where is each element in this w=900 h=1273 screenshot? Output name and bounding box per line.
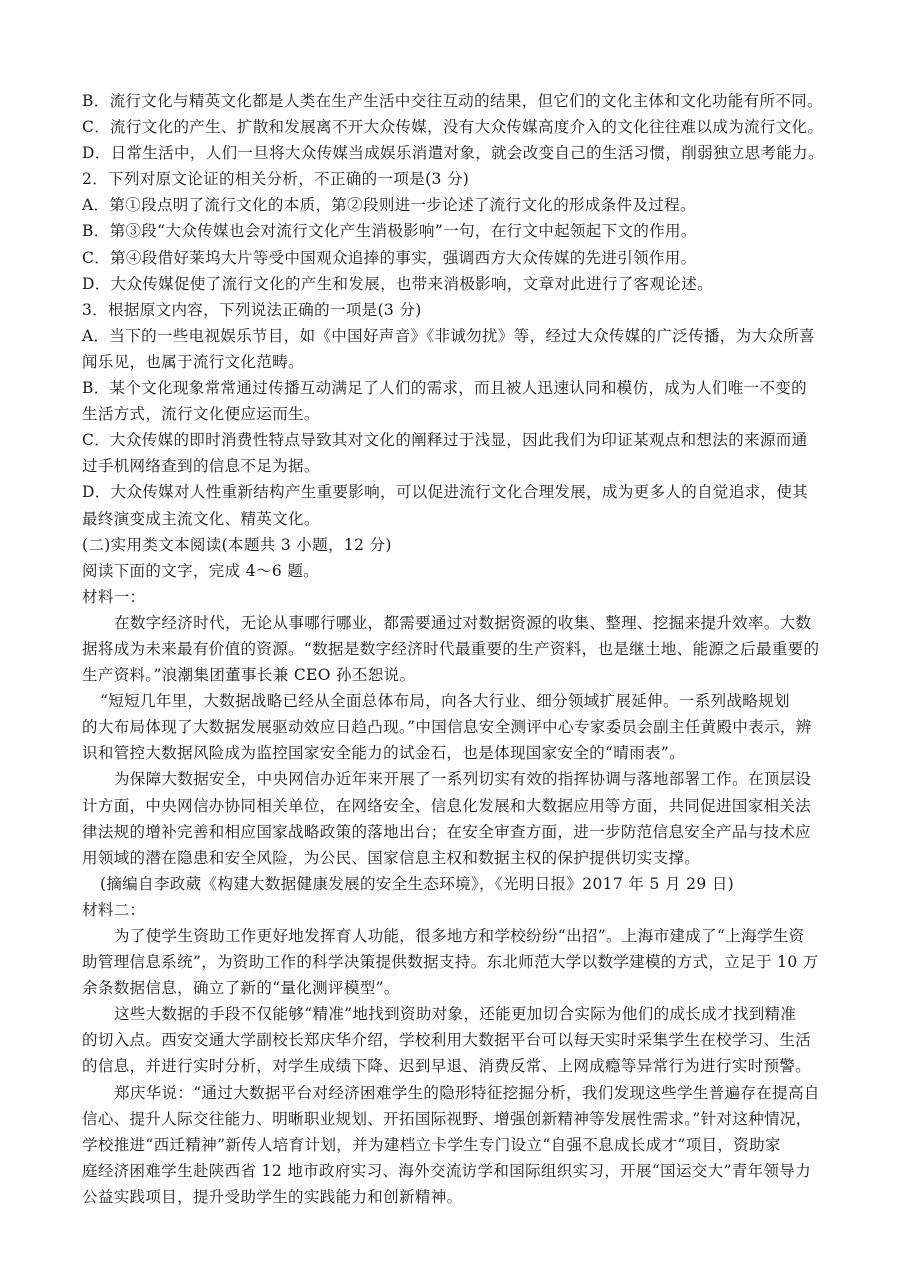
- material1-p2-line: 的大布局体现了大数据发展驱动效应日趋凸现。”中国信息安全测评中心专家委员会副主任…: [82, 714, 818, 740]
- page-content: B．流行文化与精英文化都是人类在生产生活中交往互动的结果，但它们的文化主体和文化…: [82, 88, 818, 1210]
- q2-option-b: B．第③段“大众传媒也会对流行文化产生消极影响”一句，在行文中起领起下文的作用。: [82, 218, 818, 244]
- q3-option-d-cont: 最终演变成主流文化、精英文化。: [82, 506, 818, 532]
- q3-option-a: A．当下的一些电视娱乐节目，如《中国好声音》《非诚勿扰》等，经过大众传媒的广泛传…: [82, 323, 818, 349]
- section-instruction: 阅读下面的文字，完成 4～6 题。: [82, 558, 818, 584]
- material1-source: (摘编自李政葳《构建大数据健康发展的安全生态环境》，《光明日报》2017 年 5…: [82, 871, 818, 897]
- material2-p2-line: 的切入点。西安交通大学副校长郑庆华介绍，学校利用大数据平台可以每天实时采集学生在…: [82, 1027, 818, 1053]
- q3-option-c: C．大众传媒的即时消费性特点导致其对文化的阐释过于浅显，因此我们为印证某观点和想…: [82, 427, 818, 453]
- material1-p1-line: 生产资料。”浪潮集团董事长兼 CEO 孙丕恕说。: [82, 662, 818, 688]
- q3-option-d: D．大众传媒对人性重新结构产生重要影响，可以促进流行文化合理发展，成为更多人的自…: [82, 479, 818, 505]
- material2-p2-line: 的信息，并进行实时分析，对学生成绩下降、迟到早退、消费反常、上网成瘾等异常行为进…: [82, 1053, 818, 1079]
- material2-p3-line: 学校推进“西迁精神”新传人培育计划，并为建档立卡学生专门设立“自强不息成长成才”…: [82, 1132, 818, 1158]
- q2-option-d: D．大众传媒促使了流行文化的产生和发展，也带来消极影响，文章对此进行了客观论述。: [82, 271, 818, 297]
- material2-p2-line: 这些大数据的手段不仅能够“精准”地找到资助对象，还能更加切合实际为他们的成长成才…: [82, 1001, 818, 1027]
- q1-option-c: C．流行文化的产生、扩散和发展离不开大众传媒，没有大众传媒高度介入的文化往往难以…: [82, 114, 818, 140]
- exam-page: B．流行文化与精英文化都是人类在生产生活中交往互动的结果，但它们的文化主体和文化…: [0, 0, 900, 1273]
- material1-p2-line: 识和管控大数据风险成为监控国家安全能力的试金石，也是体现国家安全的“晴雨表”。: [82, 740, 818, 766]
- material1-p3-line: 计方面，中央网信办协同相关单位，在网络安全、信息化发展和大数据应用等方面，共同促…: [82, 793, 818, 819]
- q3-option-b: B．某个文化现象常常通过传播互动满足了人们的需求，而且被人迅速认同和模仿，成为人…: [82, 375, 818, 401]
- material2-p3-line: 信心、提升人际交往能力、明晰职业规划、开拓国际视野、增强创新精神等发展性需求。”…: [82, 1106, 818, 1132]
- q3-option-b-cont: 生活方式，流行文化便应运而生。: [82, 401, 818, 427]
- q2-option-c: C．第④段借好莱坞大片等受中国观众追捧的事实，强调西方大众传媒的先进引领作用。: [82, 245, 818, 271]
- material2-p3-line: 公益实践项目，提升受助学生的实践能力和创新精神。: [82, 1184, 818, 1210]
- material1-p1-line: 据将成为未来最有价值的资源。“数据是数字经济时代最重要的生产资料，也是继土地、能…: [82, 636, 818, 662]
- material2-p1-line: 为了使学生资助工作更好地发挥育人功能，很多地方和学校纷纷“出招”。上海市建成了“…: [82, 923, 818, 949]
- material1-p3-line: 律法规的增补完善和相应国家战略政策的落地出台；在安全审查方面，进一步防范信息安全…: [82, 819, 818, 845]
- material1-p3-line: 为保障大数据安全，中央网信办近年来开展了一系列切实有效的指挥协调与落地部署工作。…: [82, 766, 818, 792]
- q2-option-a: A．第①段点明了流行文化的本质，第②段则进一步论述了流行文化的形成条件及过程。: [82, 192, 818, 218]
- material2-p1-line: 余条数据信息，确立了新的“量化测评模型”。: [82, 975, 818, 1001]
- material2-label: 材料二：: [82, 897, 818, 923]
- q1-option-d: D．日常生活中，人们一旦将大众传媒当成娱乐消遣对象，就会改变自己的生活习惯，削弱…: [82, 140, 818, 166]
- material1-p3-line: 用领域的潜在隐患和安全风险，为公民、国家信息主权和数据主权的保护提供切实支撑。: [82, 845, 818, 871]
- q1-option-b: B．流行文化与精英文化都是人类在生产生活中交往互动的结果，但它们的文化主体和文化…: [82, 88, 818, 114]
- material2-p1-line: 助管理信息系统”，为资助工作的科学决策提供数据支持。东北师范大学以数学建模的方式…: [82, 949, 818, 975]
- material1-p1-line: 在数字经济时代，无论从事哪行哪业，都需要通过对数据资源的收集、整理、挖掘来提升效…: [82, 610, 818, 636]
- material1-p2-line: “短短几年里，大数据战略已经从全面总体布局，向各大行业、细分领域扩展延伸。一系列…: [82, 688, 818, 714]
- q3-option-a-cont: 闻乐见，也属于流行文化范畴。: [82, 349, 818, 375]
- q3-stem: 3．根据原文内容，下列说法正确的一项是(3 分): [82, 297, 818, 323]
- material1-label: 材料一：: [82, 584, 818, 610]
- section-heading: (二)实用类文本阅读(本题共 3 小题，12 分): [82, 532, 818, 558]
- material2-p3-line: 郑庆华说：“通过大数据平台对经济困难学生的隐形特征挖掘分析，我们发现这些学生普遍…: [82, 1080, 818, 1106]
- q2-stem: 2．下列对原文论证的相关分析，不正确的一项是(3 分): [82, 166, 818, 192]
- material2-p3-line: 庭经济困难学生赴陕西省 12 地市政府实习、海外交流访学和国际组织实习，开展“国…: [82, 1158, 818, 1184]
- q3-option-c-cont: 过手机网络查到的信息不足为据。: [82, 453, 818, 479]
